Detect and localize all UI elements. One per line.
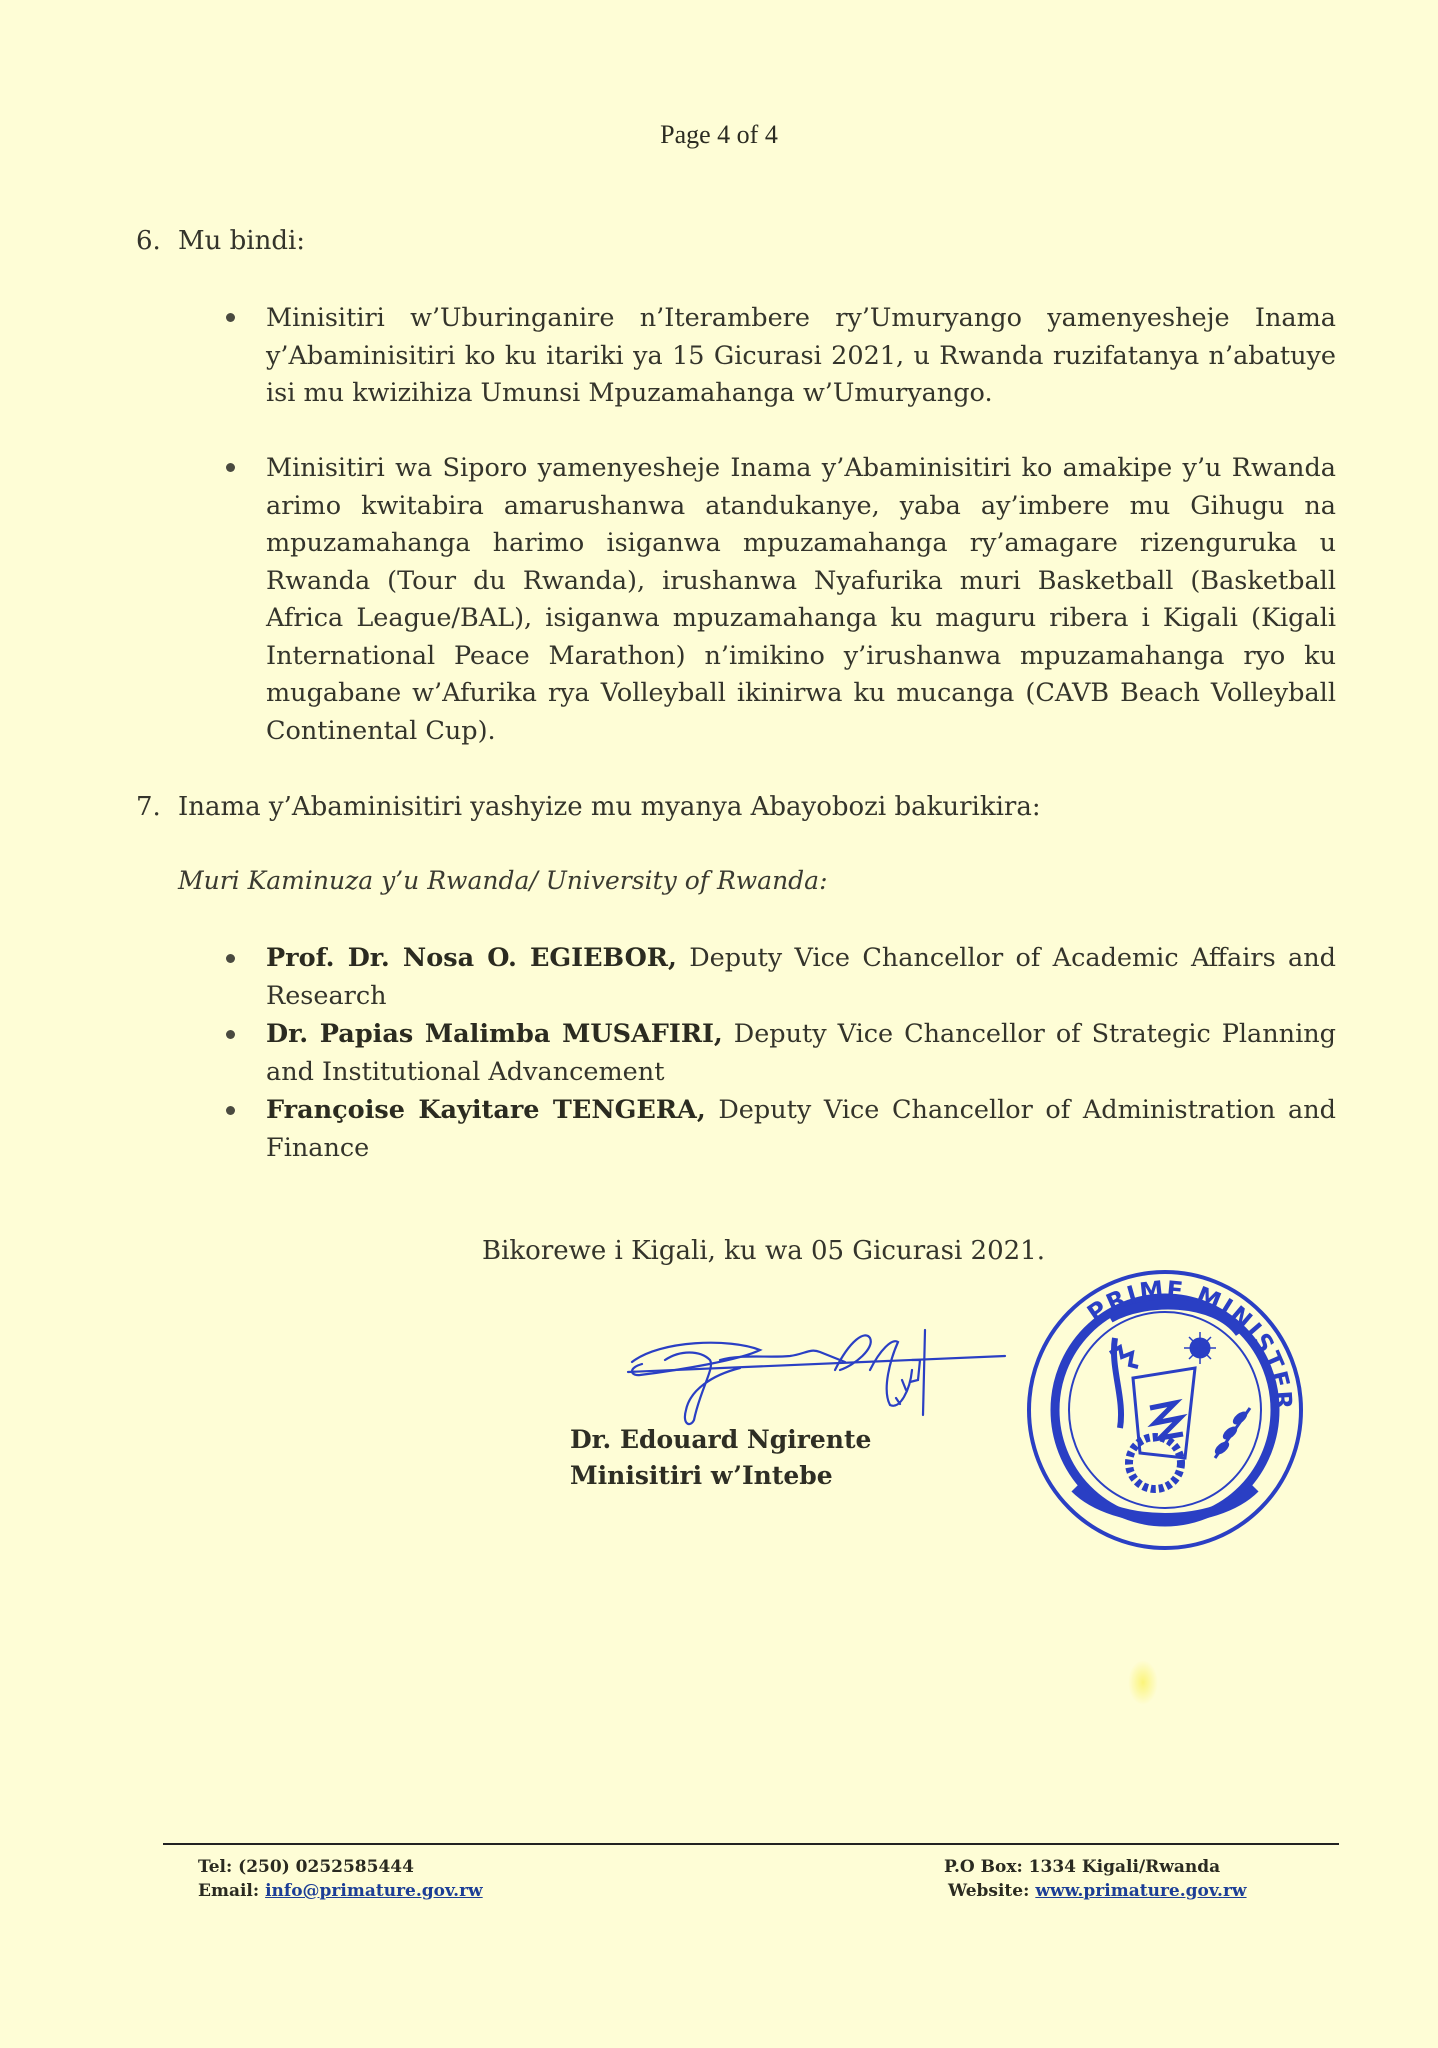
signatory: Dr. Edouard Ngirente Minisitiri w’Intebe (570, 1422, 871, 1494)
list-item: Prof. Dr. Nosa O. EGIEBOR, Deputy Vice C… (226, 940, 1336, 1015)
footer-contact-left: Tel: (250) 0252585444 Email: info@primat… (198, 1855, 483, 1903)
bullet-icon (226, 1106, 235, 1115)
section-title: Mu bindi: (178, 226, 305, 256)
section-title: Inama y’Abaminisitiri yashyize mu myanya… (178, 792, 1041, 822)
official-seal-icon: PRIME MINISTER (1015, 1258, 1315, 1558)
bullet-icon (226, 463, 235, 472)
section-number: 6. (136, 226, 178, 256)
section-6-bullets: Minisitiri w’Uburinganire n’Iterambere r… (226, 300, 1336, 413)
signature-icon (620, 1320, 1010, 1430)
footer-divider (163, 1843, 1339, 1845)
bullet-icon (226, 313, 235, 322)
appointee-name: Françoise Kayitare TENGERA, (266, 1095, 706, 1125)
email-label: Email: (198, 1881, 259, 1901)
bullet-icon (226, 1030, 235, 1039)
paper-stain (1128, 1660, 1158, 1705)
place-and-date: Bikorewe i Kigali, ku wa 05 Gicurasi 202… (482, 1236, 1045, 1266)
list-item: Françoise Kayitare TENGERA, Deputy Vice … (226, 1092, 1336, 1167)
pobox-label: P.O Box: (944, 1857, 1023, 1877)
bullet-icon (226, 954, 235, 963)
institution-subheading: Muri Kaminuza y’u Rwanda/ University of … (178, 866, 828, 895)
bullet-text: Minisitiri wa Siporo yamenyesheje Inama … (266, 450, 1336, 750)
section-number: 7. (136, 792, 178, 822)
bullet-text: Minisitiri w’Uburinganire n’Iterambere r… (266, 300, 1336, 413)
list-item: Dr. Papias Malimba MUSAFIRI, Deputy Vice… (226, 1016, 1336, 1091)
tel-value: (250) 0252585444 (238, 1857, 414, 1877)
appointments-list: Prof. Dr. Nosa O. EGIEBOR, Deputy Vice C… (226, 940, 1336, 1168)
signer-title: Minisitiri w’Intebe (570, 1458, 871, 1494)
pobox-value: 1334 Kigali/Rwanda (1029, 1857, 1221, 1877)
email-link[interactable]: info@primature.gov.rw (265, 1881, 483, 1901)
section-6-heading: 6.Mu bindi: (136, 226, 305, 256)
section-7-heading: 7.Inama y’Abaminisitiri yashyize mu myan… (136, 792, 1041, 822)
website-label: Website: (948, 1881, 1029, 1901)
website-link[interactable]: www.primature.gov.rw (1035, 1881, 1246, 1901)
signer-name: Dr. Edouard Ngirente (570, 1422, 871, 1458)
list-item: Minisitiri wa Siporo yamenyesheje Inama … (226, 450, 1336, 750)
appointee-name: Dr. Papias Malimba MUSAFIRI, (266, 1019, 723, 1049)
page-number: Page 4 of 4 (0, 120, 1438, 150)
appointee-name: Prof. Dr. Nosa O. EGIEBOR, (266, 943, 677, 973)
footer-contact-right: P.O Box: 1334 Kigali/Rwanda Website: www… (944, 1855, 1247, 1903)
tel-label: Tel: (198, 1857, 232, 1877)
list-item: Minisitiri w’Uburinganire n’Iterambere r… (226, 300, 1336, 413)
section-6-bullets-2: Minisitiri wa Siporo yamenyesheje Inama … (226, 450, 1336, 750)
